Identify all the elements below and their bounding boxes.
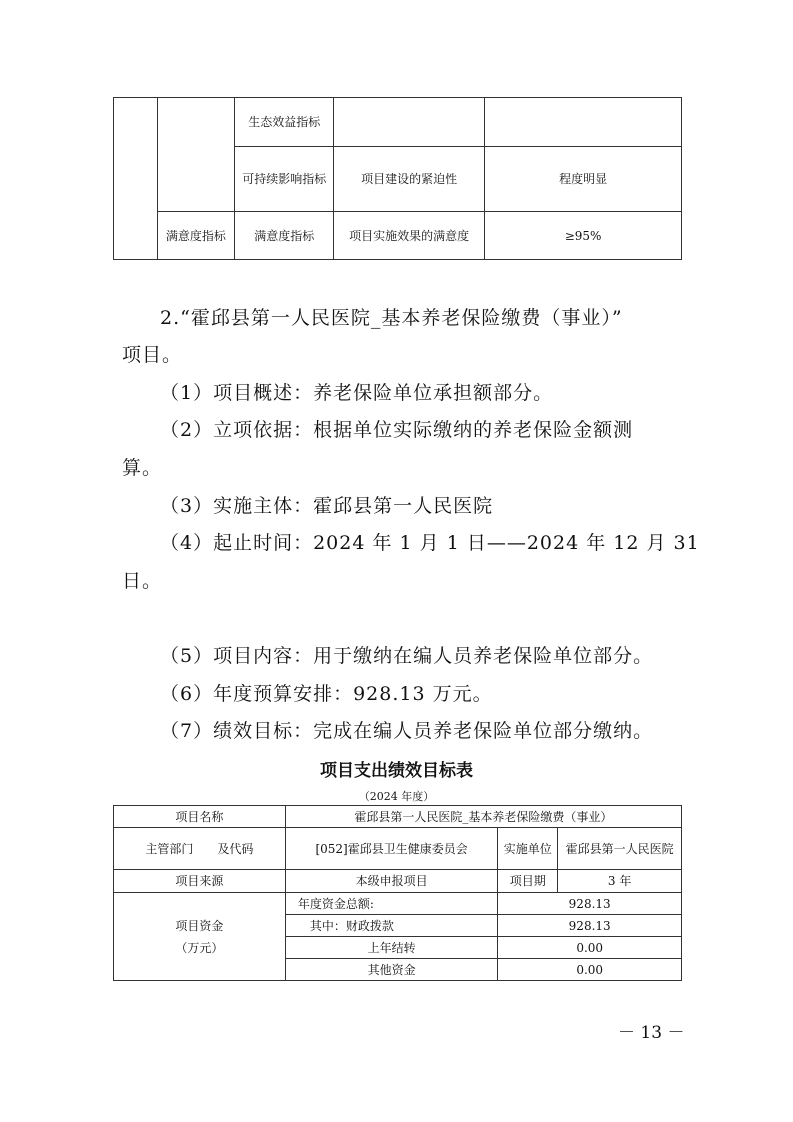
table-cell: ≥95% [485, 212, 682, 260]
item-heading-cont: 项目。 [122, 343, 182, 367]
impl-unit-label: 实施单位 [498, 828, 558, 870]
paragraph-entity: （3）实施主体：霍邱县第一人民医院 [160, 494, 493, 518]
table-cell: 满意度指标 [157, 212, 235, 260]
dept-value: [052]霍邱县卫生健康委员会 [285, 828, 498, 870]
period-label: 项目期 [498, 870, 558, 893]
paragraph-basis: （2）立项依据：根据单位实际缴纳的养老保险金额测 [160, 418, 633, 442]
table-cell [157, 98, 235, 212]
table-title: 项目支出绩效目标表 [0, 756, 793, 781]
page-number: － 13 － [618, 1018, 684, 1043]
table-cell [114, 98, 158, 260]
table-cell: 可持续影响指标 [235, 147, 334, 212]
paragraph-period-cont: 日。 [122, 569, 162, 593]
funds-row-label: 其他资金 [285, 959, 498, 981]
table-subtitle: （2024 年度） [0, 788, 793, 804]
funds-row-value: 928.13 [498, 915, 682, 937]
project-name-label: 项目名称 [114, 806, 286, 828]
paragraph-period: （4）起止时间：2024 年 1 月 1 日——2024 年 12 月 31 [160, 531, 700, 555]
table-cell: 项目建设的紧迫性 [334, 147, 485, 212]
table-cell: 程度明显 [485, 147, 682, 212]
item-heading: 2.“霍邱县第一人民医院_基本养老保险缴费（事业）” [160, 306, 623, 330]
impl-unit-value: 霍邱县第一人民医院 [558, 828, 682, 870]
paragraph-budget: （6）年度预算安排：928.13 万元。 [160, 682, 493, 706]
table-cell [334, 98, 485, 147]
funds-row-value: 0.00 [498, 937, 682, 959]
dept-label: 主管部门 及代码 [114, 828, 286, 870]
table-cell [485, 98, 682, 147]
paragraph-basis-cont: 算。 [122, 456, 162, 480]
period-value: 3 年 [558, 870, 682, 893]
paragraph-content: （5）项目内容：用于缴纳在编人员养老保险单位部分。 [160, 644, 653, 668]
performance-target-table: 项目名称 霍邱县第一人民医院_基本养老保险缴费（事业） 主管部门 及代码 [05… [113, 805, 682, 981]
indicator-table-continued: 生态效益指标 可持续影响指标 项目建设的紧迫性 程度明显 满意度指标 满意度指标… [113, 97, 682, 260]
table-cell: 项目实施效果的满意度 [334, 212, 485, 260]
funds-label: 项目资金 （万元） [114, 893, 286, 981]
funds-row-value: 928.13 [498, 893, 682, 915]
paragraph-goal: （7）绩效目标：完成在编人员养老保险单位部分缴纳。 [160, 719, 653, 743]
funds-row-label: 其中：财政拨款 [285, 915, 498, 937]
funds-label-line1: 项目资金 [114, 915, 285, 937]
funds-row-label: 上年结转 [285, 937, 498, 959]
source-value: 本级申报项目 [285, 870, 498, 893]
project-name-value: 霍邱县第一人民医院_基本养老保险缴费（事业） [285, 806, 681, 828]
funds-row-value: 0.00 [498, 959, 682, 981]
source-label: 项目来源 [114, 870, 286, 893]
table-cell: 生态效益指标 [235, 98, 334, 147]
table-cell: 满意度指标 [235, 212, 334, 260]
paragraph-overview: （1）项目概述：养老保险单位承担额部分。 [160, 381, 553, 405]
funds-label-line2: （万元） [114, 937, 285, 959]
funds-row-label: 年度资金总额: [285, 893, 498, 915]
